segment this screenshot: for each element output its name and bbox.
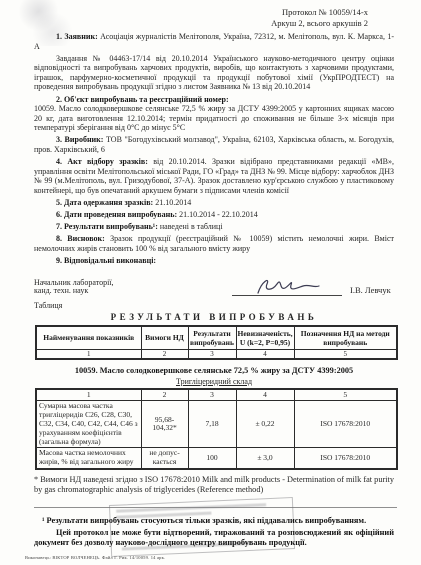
section-received: 5. Дата одержання зразків: 21.10.2014 (34, 198, 394, 208)
footnote-samples: ¹ Результати випробувань стосуються тіль… (34, 515, 394, 526)
section-sampling: 4. Акт відбору зразків: від 20.10.2014. … (34, 157, 394, 195)
tested-dates: 21.10.2014 - 22.10.2014 (179, 210, 258, 219)
results-text: наведені в таблиці (160, 222, 223, 231)
section-producer: 3. Виробник: ТОВ "Богодухівський молзаво… (34, 135, 394, 154)
table-footnote: * Вимоги НД наведені згідно з ISO 17678:… (34, 475, 394, 496)
col-header-name: Найменування показників (36, 326, 141, 350)
executor-block: Начальник лабораторії, канд. техн. наук … (34, 269, 394, 296)
received-label: 5. Дата одержання зразків: (56, 198, 153, 207)
table-row: Масова частка немолочних жирів, % від за… (36, 448, 397, 469)
document-header: Протокол № 10059/14-х Аркуш 2, всього ар… (34, 7, 394, 29)
column-number: 3 (188, 349, 236, 359)
col-header-results: Результати випробувань (188, 326, 236, 350)
column-number-row: 1 2 3 4 5 (36, 349, 397, 359)
protocol-number-line: Протокол № 10059/14-х (34, 7, 368, 18)
executors-label: 9. Відповідальні виконавці: (56, 256, 156, 265)
result-cell: 7,18 (188, 401, 236, 448)
requirement-cell: 95,68- 104,32* (141, 401, 188, 448)
product-title: 10059. Масло солодковершкове селянське 7… (34, 366, 394, 375)
results-data-table: 1 2 3 4 5 Сумарна масова частка тригліце… (35, 388, 398, 470)
signature-line (232, 273, 342, 296)
footnote-copyright: Цей протокол не може бути відтворений, т… (34, 528, 394, 549)
object-label: 2. Об'єкт випробувань та реєстраційний н… (56, 95, 229, 104)
indicator-name-cell: Сумарна масова частка тригліцеридів С26,… (36, 401, 141, 448)
section-conclusion: 8. Висновок: Зразок продукції (реєстраці… (34, 234, 394, 253)
section-object-heading: 2. Об'єкт випробувань та реєстраційний н… (34, 95, 394, 105)
table-caption: Таблиця (34, 301, 394, 310)
column-number: 4 (236, 389, 294, 401)
indicator-name-cell: Масова частка немолочних жирів, % від за… (36, 448, 141, 469)
results-header-table: Найменування показників Вимоги НД Резуль… (35, 325, 398, 360)
section-executors-heading: 9. Відповідальні виконавці: (34, 256, 394, 266)
column-number: 2 (141, 389, 188, 401)
column-number: 1 (36, 349, 141, 359)
sampling-label: 4. Акт відбору зразків: (56, 157, 148, 166)
header-row: Найменування показників Вимоги НД Резуль… (36, 326, 397, 350)
conclusion-label: 8. Висновок: (56, 234, 105, 243)
received-date: 21.10.2014 (155, 198, 191, 207)
section-task: Завдання № 04463-17/14 від 20.10.2014 Ук… (34, 54, 394, 92)
uncertainty-cell: ± 0,22 (236, 401, 294, 448)
executor-position: Начальник лабораторії, канд. техн. наук (34, 279, 184, 296)
method-cell: ISO 17678:2010 (294, 401, 397, 448)
signature-scribble (250, 275, 322, 299)
producer-label: 3. Виробник: (56, 135, 103, 144)
uncertainty-cell: ± 3,0 (236, 448, 294, 469)
column-number: 3 (188, 389, 236, 401)
requirement-cell: не допус- кається (141, 448, 188, 469)
protocol-page: Протокол № 10059/14-х Аркуш 2, всього ар… (0, 0, 421, 565)
applicant-label: 1. Заявник: (56, 32, 98, 41)
column-number: 2 (141, 349, 188, 359)
section-results: 7. Результати випробувань¹: наведені в т… (34, 222, 394, 232)
executor-name: І.В. Левчук (350, 285, 391, 296)
column-number: 5 (294, 349, 397, 359)
footer-notes: ¹ Результати випробувань стосуються тіль… (34, 515, 394, 549)
column-number: 5 (294, 389, 397, 401)
section-applicant: 1. Заявник: Асоціація журналістів Меліто… (34, 32, 394, 51)
column-number: 4 (236, 349, 294, 359)
tested-label: 6. Дати проведення випробувань: (56, 210, 177, 219)
results-title: РЕЗУЛЬТАТИ ВИПРОБУВАНЬ (34, 312, 394, 322)
col-header-requirements: Вимоги НД (141, 326, 188, 350)
result-cell: 100 (188, 448, 236, 469)
executor-position-line2: канд. техн. наук (34, 287, 184, 296)
sheet-count-line: Аркуш 2, всього аркушів 2 (34, 18, 368, 29)
group-title: Тригліцеридний склад (34, 377, 394, 386)
col-header-method: Позначення НД на методи випробувань (294, 326, 397, 350)
divider-rule (34, 507, 397, 508)
fine-print-line: Виконавець: ВІКТОР ВОЛЧЕНЕЦЬ. Файл Г. Ри… (25, 555, 394, 560)
column-number: 1 (36, 389, 141, 401)
column-number-row: 1 2 3 4 5 (36, 389, 397, 401)
col-header-uncertainty: Невизначеність, U (k=2, P=0,95) (236, 326, 294, 350)
table-row: Сумарна масова частка тригліцеридів С26,… (36, 401, 397, 448)
results-label: 7. Результати випробувань¹: (56, 222, 158, 231)
section-object-text: 10059. Масло солодковершкове селянське 7… (34, 104, 394, 133)
section-tested: 6. Дати проведення випробувань: 21.10.20… (34, 210, 394, 220)
method-cell: ISO 17678:2010 (294, 448, 397, 469)
